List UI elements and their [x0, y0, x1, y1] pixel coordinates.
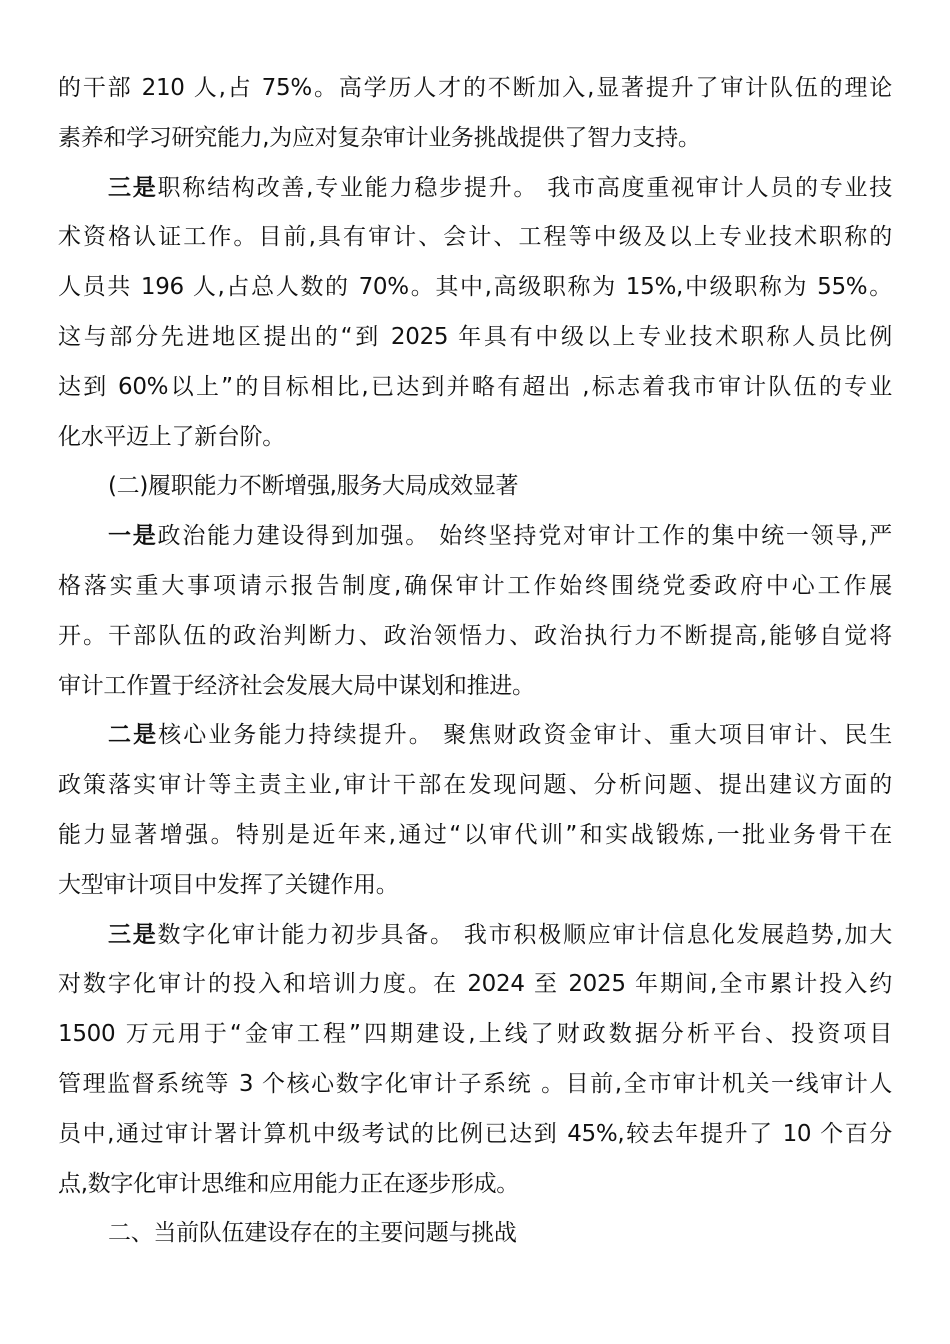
text-span: 数字化审计能力初步具备。 我市积极顺应审计信息化发展趋势,加大: [158, 922, 892, 948]
section-heading-performance: (二)履职能力不断增强,服务大局成效显著: [58, 462, 892, 512]
paragraph-digital-audit: 三是数字化审计能力初步具备。 我市积极顺应审计信息化发展趋势,加大 对数字化审计…: [58, 911, 892, 1210]
text-line: 的干部 210 人,占 75%。高学历人才的不断加入,显著提升了审计队伍的理论: [58, 64, 892, 114]
text-line: 格落实重大事项请示报告制度,确保审计工作始终围绕党委政府中心工作展: [58, 562, 892, 612]
text-span: 政治能力建设得到加强。 始终坚持党对审计工作的集中统一领导,严: [158, 523, 892, 549]
text-span: 职称结构改善,专业能力稳步提升。 我市高度重视审计人员的专业技: [158, 175, 892, 201]
text-line: 三是职称结构改善,专业能力稳步提升。 我市高度重视审计人员的专业技: [58, 164, 892, 214]
text-line: 一是政治能力建设得到加强。 始终坚持党对审计工作的集中统一领导,严: [58, 512, 892, 562]
paragraph-lead: 二是: [108, 722, 158, 748]
text-span: 核心业务能力持续提升。 聚焦财政资金审计、重大项目审计、民生: [158, 722, 892, 748]
heading-text: 二、当前队伍建设存在的主要问题与挑战: [58, 1209, 892, 1259]
paragraph-core-business: 二是核心业务能力持续提升。 聚焦财政资金审计、重大项目审计、民生 政策落实审计等…: [58, 711, 892, 910]
text-line: 点,数字化审计思维和应用能力正在逐步形成。: [58, 1160, 892, 1210]
text-line: 这与部分先进地区提出的“到 2025 年具有中级以上专业技术职称人员比例: [58, 313, 892, 363]
text-line: 大型审计项目中发挥了关键作用。: [58, 861, 892, 911]
text-line: 开。干部队伍的政治判断力、政治领悟力、政治执行力不断提高,能够自觉将: [58, 612, 892, 662]
paragraph-lead: 三是: [108, 922, 158, 948]
text-line: 1500 万元用于“金审工程”四期建设,上线了财政数据分析平台、投资项目: [58, 1010, 892, 1060]
paragraph-title-structure: 三是职称结构改善,专业能力稳步提升。 我市高度重视审计人员的专业技 术资格认证工…: [58, 164, 892, 463]
text-line: 对数字化审计的投入和培训力度。在 2024 至 2025 年期间,全市累计投入约: [58, 960, 892, 1010]
text-line: 素养和学习研究能力,为应对复杂审计业务挑战提供了智力支持。: [58, 114, 892, 164]
text-line: 三是数字化审计能力初步具备。 我市积极顺应审计信息化发展趋势,加大: [58, 911, 892, 961]
text-line: 管理监督系统等 3 个核心数字化审计子系统 。目前,全市审计机关一线审计人: [58, 1060, 892, 1110]
paragraph-education: 的干部 210 人,占 75%。高学历人才的不断加入,显著提升了审计队伍的理论 …: [58, 64, 892, 164]
heading-text: (二)履职能力不断增强,服务大局成效显著: [58, 462, 892, 512]
paragraph-lead: 三是: [108, 175, 158, 201]
text-line: 政策落实审计等主责主业,审计干部在发现问题、分析问题、提出建议方面的: [58, 761, 892, 811]
text-line: 二是核心业务能力持续提升。 聚焦财政资金审计、重大项目审计、民生: [58, 711, 892, 761]
text-line: 能力显著增强。特别是近年来,通过“以审代训”和实战锻炼,一批业务骨干在: [58, 811, 892, 861]
text-line: 术资格认证工作。目前,具有审计、会计、工程等中级及以上专业技术职称的: [58, 213, 892, 263]
text-line: 审计工作置于经济社会发展大局中谋划和推进。: [58, 662, 892, 712]
text-line: 员中,通过审计署计算机中级考试的比例已达到 45%,较去年提升了 10 个百分: [58, 1110, 892, 1160]
document-page: 的干部 210 人,占 75%。高学历人才的不断加入,显著提升了审计队伍的理论 …: [58, 64, 892, 1259]
text-line: 化水平迈上了新台阶。: [58, 413, 892, 463]
section-heading-problems: 二、当前队伍建设存在的主要问题与挑战: [58, 1209, 892, 1259]
paragraph-political-capacity: 一是政治能力建设得到加强。 始终坚持党对审计工作的集中统一领导,严 格落实重大事…: [58, 512, 892, 711]
text-line: 达到 60%以上”的目标相比,已达到并略有超出 ,标志着我市审计队伍的专业: [58, 363, 892, 413]
paragraph-lead: 一是: [108, 523, 158, 549]
text-line: 人员共 196 人,占总人数的 70%。其中,高级职称为 15%,中级职称为 5…: [58, 263, 892, 313]
